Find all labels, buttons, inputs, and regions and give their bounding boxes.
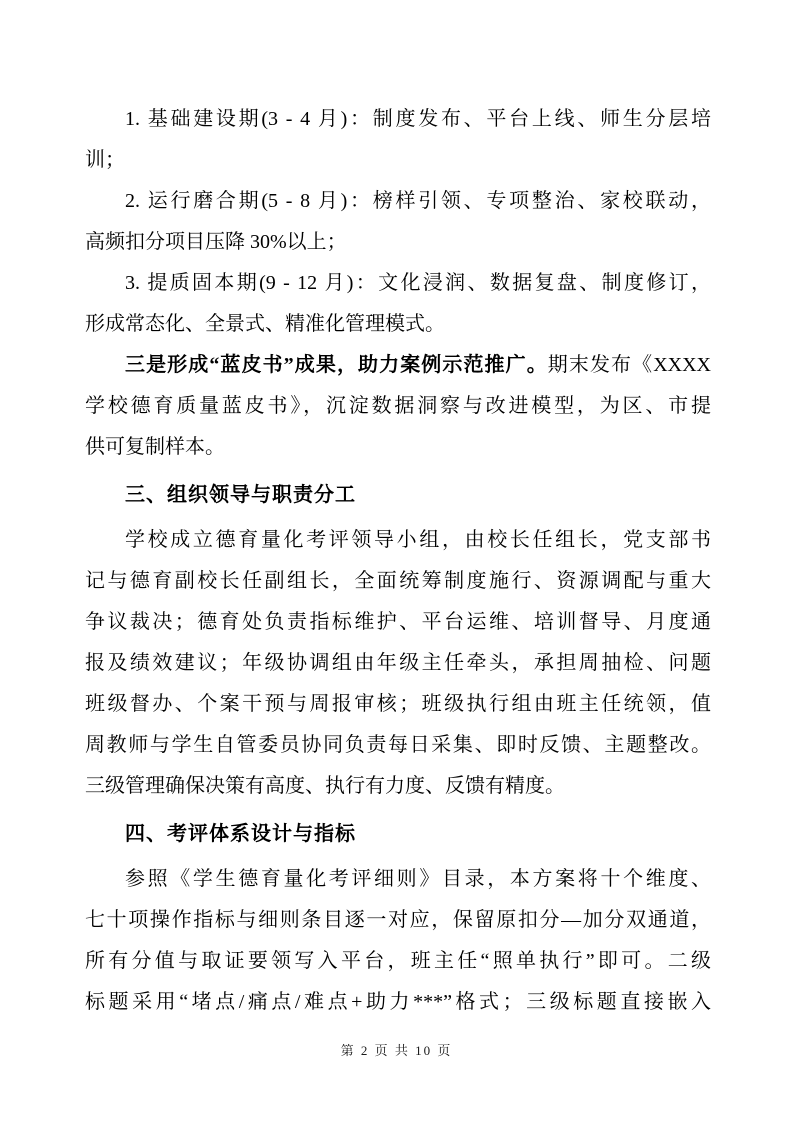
section-4-heading: 四、考评体系设计与指标 bbox=[85, 814, 711, 855]
phase-item-1-line-2: 训； bbox=[85, 140, 711, 181]
text-segment: 1. 基础建设期(3 - 4 月)：制度发布、平台上线、师生分层培 bbox=[125, 108, 711, 130]
section-3-paragraph-line-5: 班级督办、个案干预与周报审核；班级执行组由班主任统领，值 bbox=[85, 684, 711, 725]
phase-item-3-line-1: 3. 提质固本期(9 - 12 月)：文化浸润、数据复盘、制度修订， bbox=[85, 263, 711, 304]
text-segment: 报及绩效建议；年级协调组由年级主任牵头，承担周抽检、问题 bbox=[85, 652, 711, 674]
text-segment: 3. 提质固本期(9 - 12 月)：文化浸润、数据复盘、制度修订， bbox=[125, 272, 711, 294]
section-3-paragraph-line-4: 报及绩效建议；年级协调组由年级主任牵头，承担周抽检、问题 bbox=[85, 643, 711, 684]
text-segment: 学校德育质量蓝皮书》，沉淀数据洞察与改进模型，为区、市提 bbox=[85, 395, 711, 417]
text-segment: 周教师与学生自管委员协同负责每日采集、即时反馈、主题整改。 bbox=[85, 734, 711, 756]
section-4-paragraph-line-4: 标题采用“堵点/痛点/难点+助力***”格式；三级标题直接嵌入 bbox=[85, 982, 711, 1023]
text-segment: 期末发布《XXXX bbox=[548, 354, 711, 376]
text-segment: 班级督办、个案干预与周报审核；班级执行组由班主任统领，值 bbox=[85, 693, 711, 715]
phase-item-1-line-1: 1. 基础建设期(3 - 4 月)：制度发布、平台上线、师生分层培 bbox=[85, 99, 711, 140]
section-3-paragraph-line-6: 周教师与学生自管委员协同负责每日采集、即时反馈、主题整改。 bbox=[85, 725, 711, 766]
text-segment: 争议裁决；德育处负责指标维护、平台运维、培训督导、月度通 bbox=[85, 611, 711, 633]
text-segment: 高频扣分项目压降 30%以上； bbox=[85, 231, 347, 253]
text-segment: 记与德育副校长任副组长，全面统筹制度施行、资源调配与重大 bbox=[85, 570, 711, 592]
text-segment: 所有分值与取证要领写入平台，班主任“照单执行”即可。二级 bbox=[85, 950, 711, 972]
page-number: 第 2 页 共 10 页 bbox=[341, 1043, 453, 1058]
text-segment: 学校成立德育量化考评领导小组，由校长任组长，党支部书 bbox=[125, 529, 711, 551]
blue-book-paragraph-line-3: 供可复制样本。 bbox=[85, 427, 711, 468]
text-segment: 三级管理确保决策有高度、执行有力度、反馈有精度。 bbox=[85, 775, 565, 797]
page-footer: 第 2 页 共 10 页 bbox=[0, 1040, 793, 1059]
text-segment: 2. 运行磨合期(5 - 8 月)：榜样引领、专项整治、家校联动， bbox=[125, 190, 711, 212]
section-3-heading: 三、组织领导与职责分工 bbox=[85, 475, 711, 516]
section-4-paragraph-line-3: 所有分值与取证要领写入平台，班主任“照单执行”即可。二级 bbox=[85, 941, 711, 982]
section-3-paragraph-line-7: 三级管理确保决策有高度、执行有力度、反馈有精度。 bbox=[85, 766, 711, 807]
text-segment: 标题采用“堵点/痛点/难点+助力***”格式；三级标题直接嵌入 bbox=[85, 991, 711, 1013]
section-3-paragraph-line-3: 争议裁决；德育处负责指标维护、平台运维、培训督导、月度通 bbox=[85, 602, 711, 643]
phase-item-3-line-2: 形成常态化、全景式、精准化管理模式。 bbox=[85, 304, 711, 345]
section-3-paragraph-line-1: 学校成立德育量化考评领导小组，由校长任组长，党支部书 bbox=[85, 520, 711, 561]
bold-text-segment: 三是形成“蓝皮书”成果，助力案例示范推广。 bbox=[125, 354, 548, 376]
text-segment: 供可复制样本。 bbox=[85, 436, 225, 458]
section-4-paragraph-line-1: 参照《学生德育量化考评细则》目录，本方案将十个维度、 bbox=[85, 859, 711, 900]
document-body: 1. 基础建设期(3 - 4 月)：制度发布、平台上线、师生分层培训；2. 运行… bbox=[85, 99, 711, 1023]
section-3-paragraph-line-2: 记与德育副校长任副组长，全面统筹制度施行、资源调配与重大 bbox=[85, 561, 711, 602]
text-segment: 训； bbox=[85, 149, 125, 171]
document-page: 1. 基础建设期(3 - 4 月)：制度发布、平台上线、师生分层培训；2. 运行… bbox=[0, 0, 793, 1122]
blue-book-paragraph-line-2: 学校德育质量蓝皮书》，沉淀数据洞察与改进模型，为区、市提 bbox=[85, 386, 711, 427]
blue-book-paragraph-line-1: 三是形成“蓝皮书”成果，助力案例示范推广。期末发布《XXXX bbox=[85, 345, 711, 386]
text-segment: 七十项操作指标与细则条目逐一对应，保留原扣分—加分双通道， bbox=[85, 909, 711, 931]
text-segment: 参照《学生德育量化考评细则》目录，本方案将十个维度、 bbox=[125, 868, 711, 890]
phase-item-2-line-1: 2. 运行磨合期(5 - 8 月)：榜样引领、专项整治、家校联动， bbox=[85, 181, 711, 222]
section-4-paragraph-line-2: 七十项操作指标与细则条目逐一对应，保留原扣分—加分双通道， bbox=[85, 900, 711, 941]
text-segment: 形成常态化、全景式、精准化管理模式。 bbox=[85, 313, 445, 335]
phase-item-2-line-2: 高频扣分项目压降 30%以上； bbox=[85, 222, 711, 263]
